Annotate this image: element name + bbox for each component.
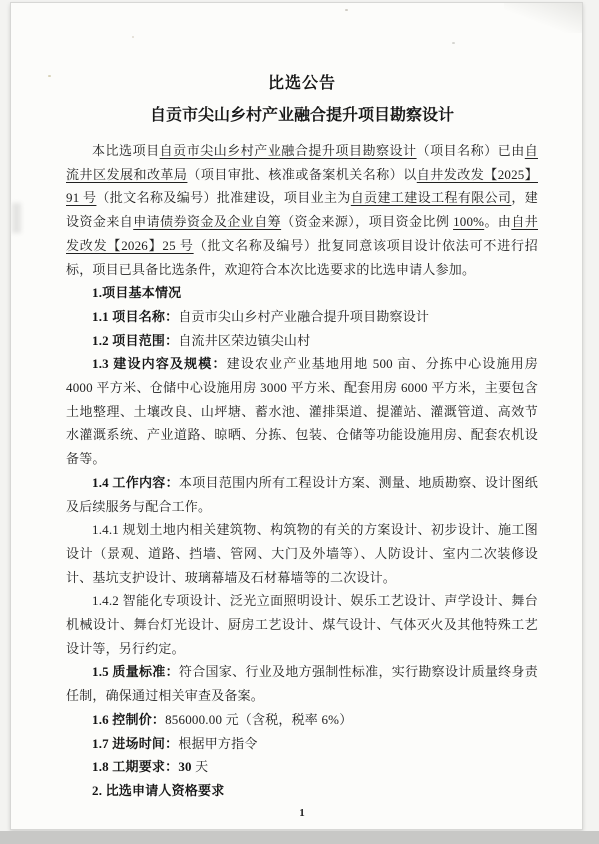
scan-corner-shadow: [504, 3, 582, 33]
text-run: 100%: [453, 214, 484, 229]
paragraph: 1.7 进场时间：根据甲方指令: [66, 732, 538, 756]
text-run: 自流井区荣边镇尖山村: [178, 333, 310, 348]
document-page: 比选公告 自贡市尖山乡村产业融合提升项目勘察设计 本比选项目自贡市尖山乡村产业融…: [10, 2, 583, 830]
document-title: 比选公告: [66, 74, 538, 94]
text-run: （批文名称及编号）批准建设，项目业主为: [96, 190, 350, 205]
paragraph: 1.6 控制价：856000.00 元（含税，税率 6%）: [66, 708, 538, 732]
paragraph: 1.4 工作内容：本项目范围内所有工程设计方案、测量、地质勘察、设计图纸及后续服…: [66, 471, 538, 518]
text-run: 建设农业产业基地用地 500 亩、分拣中心设施用房 4000 平方米、仓储中心设…: [66, 356, 538, 466]
text-run: 1.5 质量标准：: [92, 664, 179, 679]
scan-speck: [345, 9, 348, 11]
text-run: 856000.00 元（含税，税率 6%）: [165, 712, 352, 727]
paragraph: 1.5 质量标准：符合国家、行业及地方强制性标准，实行勘察设计质量终身责任制，确…: [66, 660, 538, 707]
text-run: 。由: [484, 214, 511, 229]
text-run: 1.3: [92, 356, 113, 371]
text-run: 1.4.1 规划土地内相关建筑物、构筑物的有关的方案设计、初步设计、施工图设计（…: [66, 522, 538, 584]
text-run: 2. 比选申请人资格要求: [92, 783, 224, 798]
text-run: 1.1 项目名称：: [92, 309, 178, 324]
paragraph: 本比选项目自贡市尖山乡村产业融合提升项目勘察设计（项目名称）已由自流井区发展和改…: [66, 139, 538, 281]
document-body: 本比选项目自贡市尖山乡村产业融合提升项目勘察设计（项目名称）已由自流井区发展和改…: [66, 139, 538, 803]
paragraph: 1.项目基本情况: [66, 281, 538, 305]
text-run: 根据甲方指令: [178, 736, 257, 751]
scan-speck: [48, 75, 51, 77]
paragraph: 1.4.2 智能化专项设计、泛光立面照明设计、娱乐工艺设计、声学设计、舞台机械设…: [66, 589, 538, 660]
text-run: 建设内容及规模：: [113, 356, 226, 371]
document-subtitle: 自贡市尖山乡村产业融合提升项目勘察设计: [66, 106, 538, 126]
text-run: 1.8 工期要求：: [92, 759, 178, 774]
scanned-document: { "document": { "title": "比选公告", "subtit…: [0, 0, 599, 844]
scanner-bed-edge: [0, 831, 599, 844]
text-run: 1.4 工作内容：: [92, 475, 179, 490]
text-run: 自贡市尖山乡村产业融合提升项目勘察设计: [178, 309, 429, 324]
text-run: 申请债券资金及企业自筹: [133, 214, 281, 229]
text-run: 1.2 项目范围：: [92, 333, 178, 348]
page-number: 1: [66, 807, 538, 819]
text-run: 1.7 进场时间：: [92, 736, 178, 751]
text-run: 1.4.2 智能化专项设计、泛光立面照明设计、娱乐工艺设计、声学设计、舞台机械设…: [66, 593, 538, 655]
text-run: 1.项目基本情况: [92, 285, 181, 300]
text-run: （项目名称）已由: [417, 143, 525, 158]
text-run: （资金来源），项目资金比例: [281, 214, 453, 229]
text-run: 1.6 控制价：: [92, 712, 165, 727]
scan-speck: [132, 36, 134, 38]
text-run: 天: [192, 759, 209, 774]
text-run: 自贡市尖山乡村产业融合提升项目勘察设计: [160, 143, 417, 158]
text-run: 自贡建工建设工程有限公司: [351, 190, 512, 205]
paragraph: 1.1 项目名称：自贡市尖山乡村产业融合提升项目勘察设计: [66, 305, 538, 329]
text-run: 30: [178, 759, 191, 774]
text-run: 本比选项目: [92, 143, 160, 158]
scan-edge-smudge: [12, 203, 21, 233]
page-content: 比选公告 自贡市尖山乡村产业融合提升项目勘察设计 本比选项目自贡市尖山乡村产业融…: [11, 3, 582, 819]
scan-speck: [452, 42, 455, 44]
paragraph: 2. 比选申请人资格要求: [66, 779, 538, 803]
paragraph: 1.4.1 规划土地内相关建筑物、构筑物的有关的方案设计、初步设计、施工图设计（…: [66, 518, 538, 589]
paragraph: 1.2 项目范围：自流井区荣边镇尖山村: [66, 329, 538, 353]
paragraph: 1.3 建设内容及规模：建设农业产业基地用地 500 亩、分拣中心设施用房 40…: [66, 352, 538, 471]
paragraph: 1.8 工期要求：30 天: [66, 755, 538, 779]
text-run: （项目审批、核准或备案机关名称）以: [187, 167, 416, 182]
